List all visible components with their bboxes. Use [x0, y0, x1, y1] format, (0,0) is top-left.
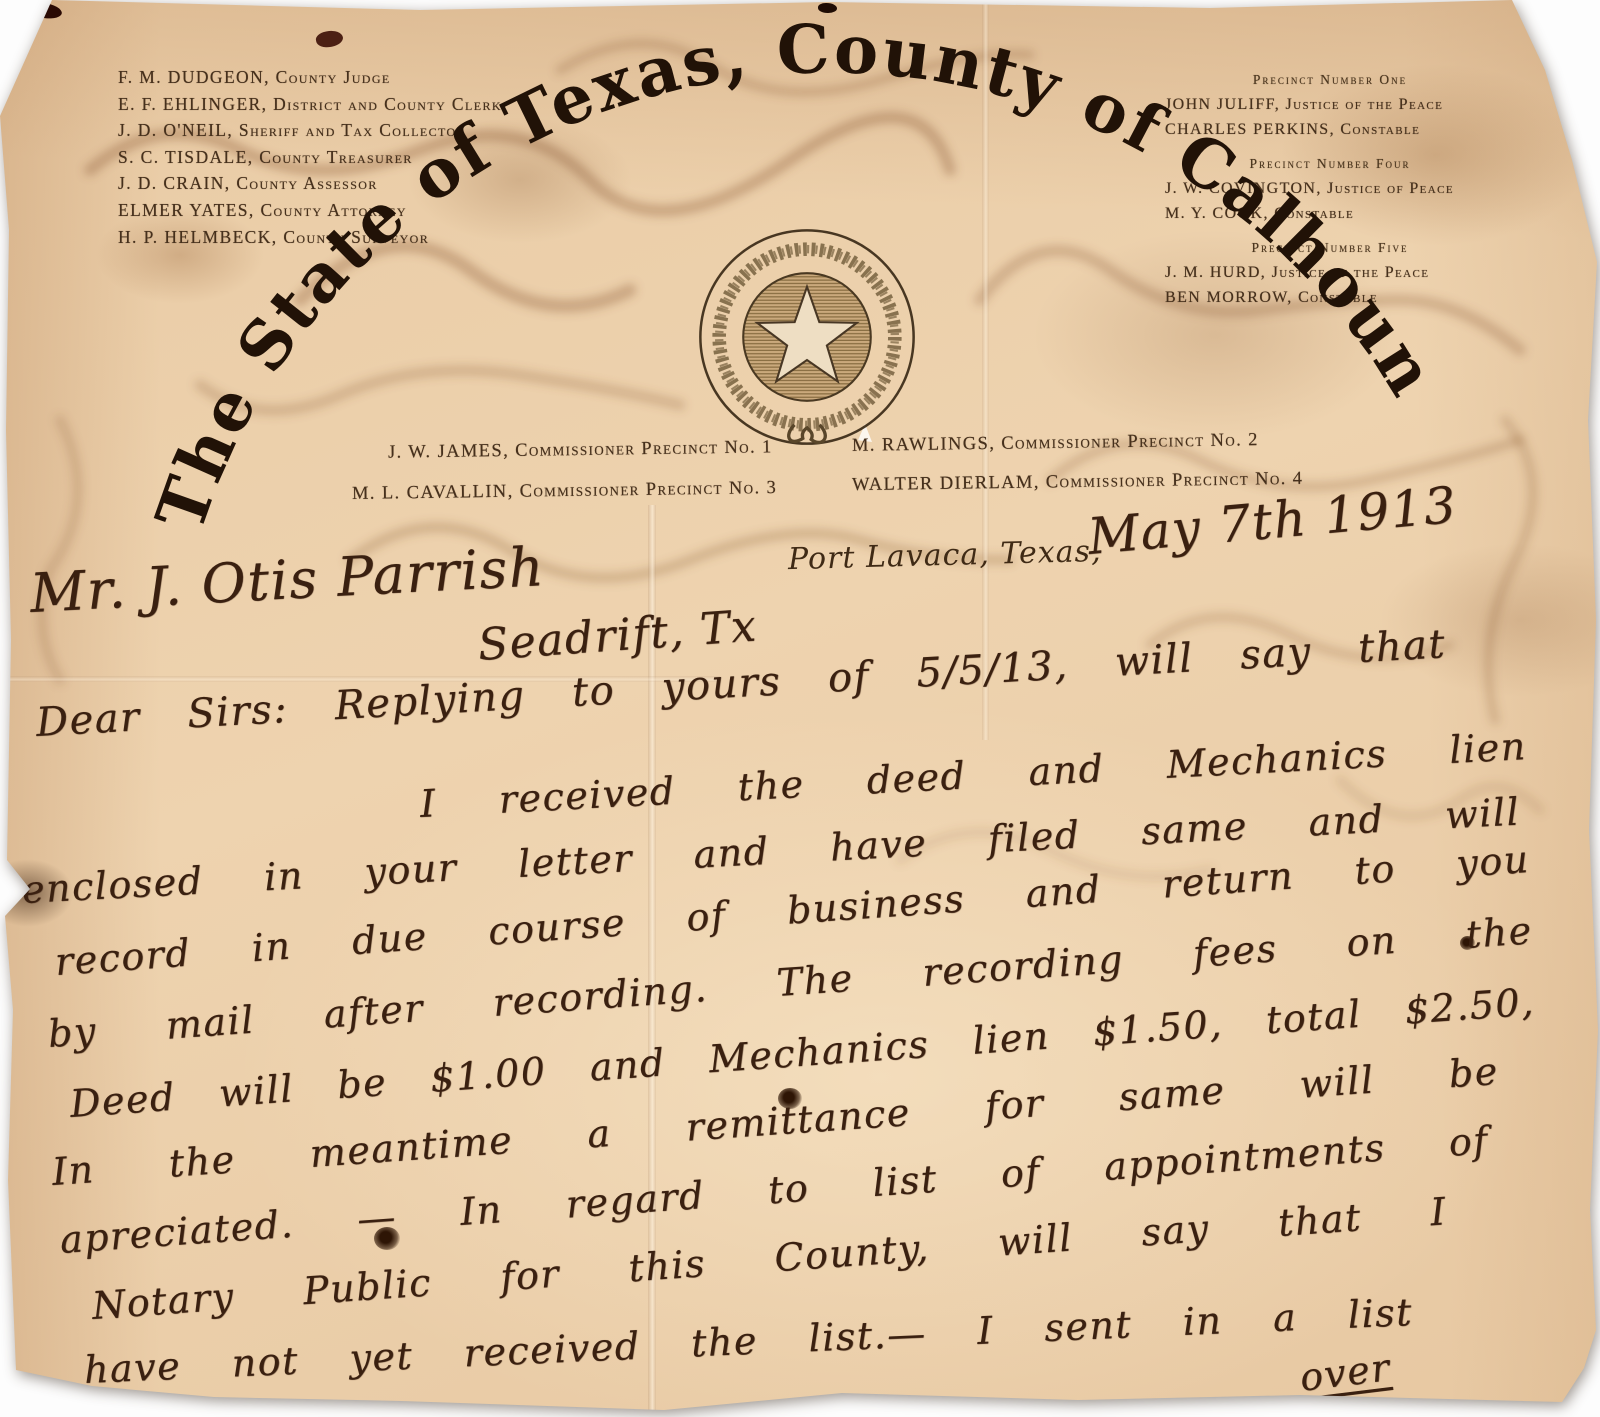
paper-shadow-wrap: F. M. DUDGEON, County Judge E. F. EHLING… [0, 0, 1600, 1417]
letter-paper: F. M. DUDGEON, County Judge E. F. EHLING… [0, 0, 1600, 1417]
scanned-letter-document: F. M. DUDGEON, County Judge E. F. EHLING… [0, 0, 1600, 1417]
texas-star-seal-icon [692, 222, 922, 452]
page-turn-note: over [1297, 1345, 1393, 1400]
